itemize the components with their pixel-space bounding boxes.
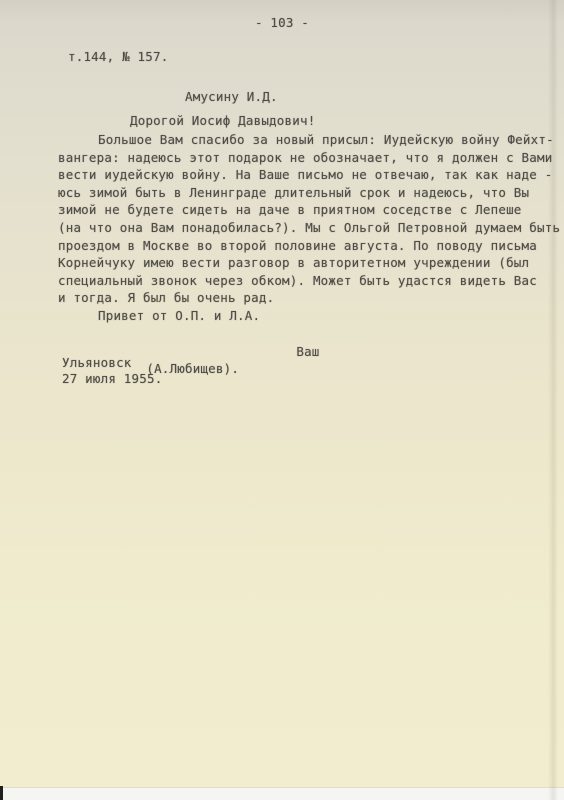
scan-edge-bottom-strip [0, 787, 564, 800]
scan-edge-left-mark [0, 786, 3, 800]
greeting-line: Привет от О.П. и Л.А. [58, 307, 550, 325]
body-line: проездом в Москве во второй половине авг… [58, 237, 550, 255]
signature-your: Ваш [296, 344, 319, 359]
body-line: зимой не будете сидеть на даче в приятно… [58, 201, 550, 219]
body-line: и тогда. Я был бы очень рад. [58, 289, 550, 307]
body-line: (на что она Вам понадобилась?). Мы с Оль… [58, 219, 550, 237]
body-line: специальный звонок через обком). Может б… [58, 272, 550, 290]
scanned-letter-page: - 103 - т.144, № 157. Амусину И.Д. Дорог… [0, 0, 564, 800]
body-line: вести иудейскую войну. На Ваше письмо не… [58, 166, 550, 184]
place-line: Ульяновск [62, 355, 132, 370]
body-line: Корнейчуку имею вести разговор в авторит… [58, 254, 550, 272]
date-line: 27 июля 1955. [62, 371, 162, 386]
body-line: вангера: надеюсь этот подарок не обознач… [58, 149, 550, 167]
addressee: Амусину И.Д. [185, 89, 278, 104]
body-line: Большое Вам спасибо за новый присыл: Иуд… [58, 131, 550, 149]
reference-number: т.144, № 157. [68, 49, 168, 64]
page-number: - 103 - [0, 15, 564, 30]
body-line: юсь зимой быть в Ленинграде длительный с… [58, 184, 550, 202]
salutation: Дорогой Иосиф Давыдович! [130, 113, 315, 128]
